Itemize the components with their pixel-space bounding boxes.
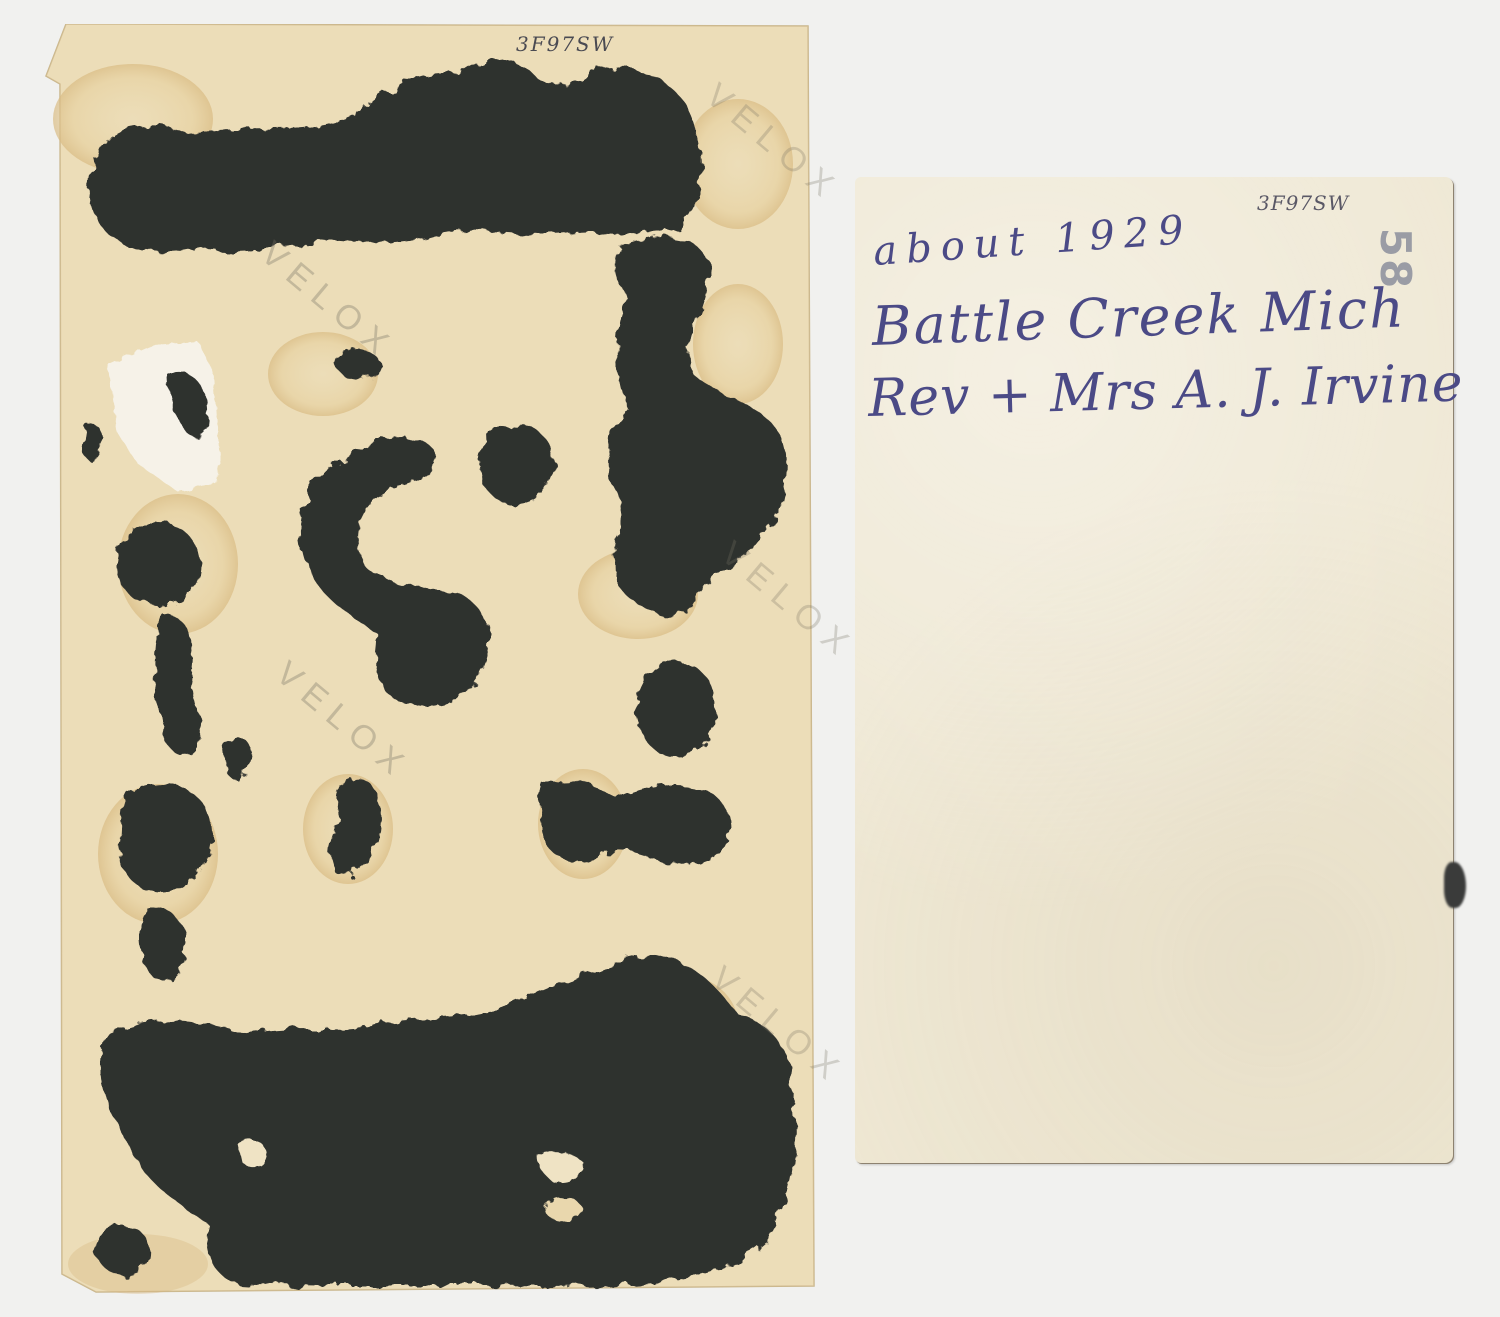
scan-background: VELOX VELOX VELOX VELOX VELOX 3F97SW 3F9… — [0, 0, 1500, 1317]
left-photo-back: VELOX VELOX VELOX VELOX VELOX 3F97SW — [38, 24, 816, 1294]
left-catalog-number: 3F97SW — [516, 32, 614, 56]
right-catalog-number: 3F97SW — [1257, 191, 1349, 215]
right-photo-back: 3F97SW 58 about 1929 Battle Creek Mich R… — [855, 177, 1453, 1163]
ink-smudge — [1444, 862, 1466, 908]
left-card-artwork — [38, 24, 816, 1294]
